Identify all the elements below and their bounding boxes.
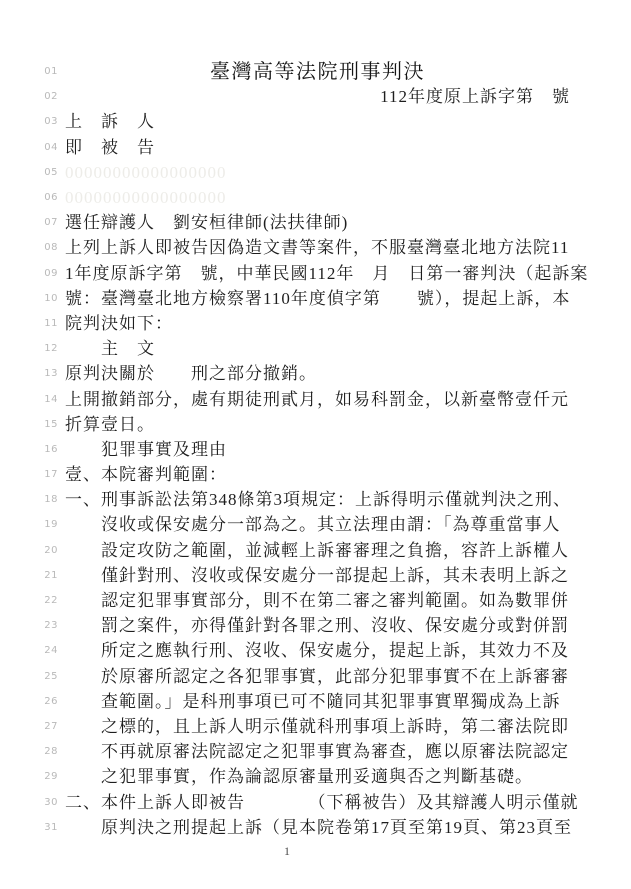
doc-line-08: 08上列上訴人即被告因偽造文書等案件，不服臺灣臺北地方法院11 (0, 235, 631, 260)
line-number: 22 (0, 595, 58, 606)
doc-line-20: 20 設定攻防之範圍，並減輕上訴審審理之負擔，容許上訴權人 (0, 538, 631, 563)
judgment-text-block: 01臺灣高等法院刑事判決02112年度原上訴字第 號03上 訴 人04即 被 告… (0, 59, 631, 840)
line-number: 25 (0, 671, 58, 682)
line-text: 二、本件上訴人即被告 （下稱被告）及其辯護人明示僅就 (65, 794, 579, 811)
line-text: 原判決之刑提起上訴（見本院卷第17頁至第19頁、第23頁至 (65, 819, 572, 836)
line-text: 上列上訴人即被告因偽造文書等案件，不服臺灣臺北地方法院11 (65, 239, 570, 256)
doc-line-30: 30二、本件上訴人即被告 （下稱被告）及其辯護人明示僅就 (0, 789, 631, 814)
line-number: 31 (0, 822, 58, 833)
line-text: 於原審所認定之各犯罪事實，此部分犯罪事實不在上訴審審 (65, 668, 570, 685)
line-text: 選任辯護人 劉安桓律師(法扶律師) (65, 214, 570, 231)
doc-line-24: 24 所定之應執行刑、沒收、保安處分，提起上訴，其效力不及 (0, 638, 631, 663)
line-number: 14 (0, 394, 58, 405)
doc-line-21: 21 僅針對刑、沒收或保安處分一部提起上訴，其未表明上訴之 (0, 563, 631, 588)
line-number: 16 (0, 444, 58, 455)
line-number: 26 (0, 696, 58, 707)
line-number: 08 (0, 242, 58, 253)
line-number: 28 (0, 746, 58, 757)
line-number: 05 (0, 167, 58, 178)
doc-line-28: 28 不再就原審法院認定之犯罪事實為審查，應以原審法院認定 (0, 739, 631, 764)
line-text: 犯罪事實及理由 (65, 441, 570, 458)
doc-line-15: 15折算壹日。 (0, 412, 631, 437)
doc-line-04: 04即 被 告 (0, 135, 631, 160)
line-number: 29 (0, 771, 58, 782)
line-number: 20 (0, 545, 58, 556)
doc-line-10: 10號：臺灣臺北地方檢察署110年度偵字第 號），提起上訴，本 (0, 286, 631, 311)
line-number: 15 (0, 419, 58, 430)
line-number: 17 (0, 469, 58, 480)
line-number: 09 (0, 268, 58, 279)
doc-line-14: 14上開撤銷部分，處有期徒刑貳月，如易科罰金，以新臺幣壹仟元 (0, 386, 631, 411)
line-text: 00000000000000000 (65, 189, 570, 206)
line-text: 號：臺灣臺北地方檢察署110年度偵字第 號），提起上訴，本 (65, 290, 570, 307)
doc-line-03: 03上 訴 人 (0, 109, 631, 134)
line-text: 不再就原審法院認定之犯罪事實為審查，應以原審法院認定 (65, 743, 570, 760)
line-text: 認定犯罪事實部分，則不在第二審之審判範圍。如為數罪併 (65, 592, 570, 609)
line-number: 30 (0, 797, 58, 808)
doc-line-16: 16 犯罪事實及理由 (0, 437, 631, 462)
line-text: 查範圍。」是科刑事項已可不隨同其犯罪事實單獨成為上訴 (65, 693, 570, 710)
line-number: 06 (0, 192, 58, 203)
doc-line-02: 02112年度原上訴字第 號 (0, 84, 631, 109)
page-number: 1 (284, 844, 290, 858)
line-number: 11 (0, 318, 58, 329)
line-number: 21 (0, 570, 58, 581)
doc-line-22: 22 認定犯罪事實部分，則不在第二審之審判範圍。如為數罪併 (0, 588, 631, 613)
line-number: 01 (0, 66, 58, 77)
doc-line-19: 19 沒收或保安處分一部為之。其立法理由謂：「為尊重當事人 (0, 512, 631, 537)
page-number-footer: 1 (0, 844, 574, 859)
doc-line-05: 0500000000000000000 (0, 160, 631, 185)
line-number: 10 (0, 293, 58, 304)
line-number: 23 (0, 620, 58, 631)
doc-line-25: 25 於原審所認定之各犯罪事實，此部分犯罪事實不在上訴審審 (0, 664, 631, 689)
line-text: 僅針對刑、沒收或保安處分一部提起上訴，其未表明上訴之 (65, 567, 570, 584)
doc-line-31: 31 原判決之刑提起上訴（見本院卷第17頁至第19頁、第23頁至 (0, 815, 631, 840)
doc-line-01: 01臺灣高等法院刑事判決 (0, 59, 631, 84)
line-text: 罰之案件，亦得僅針對各罪之刑、沒收、保安處分或對併罰 (65, 617, 570, 634)
line-number: 24 (0, 645, 58, 656)
line-number: 27 (0, 721, 58, 732)
doc-line-09: 091年度原訴字第 號，中華民國112年 月 日第一審判決（起訴案 (0, 261, 631, 286)
doc-line-17: 17壹、本院審判範圍： (0, 462, 631, 487)
doc-line-06: 0600000000000000000 (0, 185, 631, 210)
line-number: 02 (0, 91, 58, 102)
line-text: 原判決關於 刑之部分撤銷。 (65, 365, 570, 382)
line-text: 一、刑事訴訟法第348條第3項規定：上訴得明示僅就判決之刑、 (65, 491, 571, 508)
line-number: 19 (0, 519, 58, 530)
judgment-page: 01臺灣高等法院刑事判決02112年度原上訴字第 號03上 訴 人04即 被 告… (0, 0, 631, 889)
line-text: 之標的，且上訴人明示僅就科刑事項上訴時，第二審法院即 (65, 718, 570, 735)
line-text: 上開撤銷部分，處有期徒刑貳月，如易科罰金，以新臺幣壹仟元 (65, 391, 570, 408)
doc-line-27: 27 之標的，且上訴人明示僅就科刑事項上訴時，第二審法院即 (0, 714, 631, 739)
line-text: 折算壹日。 (65, 416, 570, 433)
line-text: 所定之應執行刑、沒收、保安處分，提起上訴，其效力不及 (65, 642, 570, 659)
line-text: 壹、本院審判範圍： (65, 466, 570, 483)
line-text: 即 被 告 (65, 139, 570, 156)
line-number: 13 (0, 368, 58, 379)
doc-line-12: 12 主 文 (0, 336, 631, 361)
line-number: 03 (0, 116, 58, 127)
doc-line-18: 18一、刑事訴訟法第348條第3項規定：上訴得明示僅就判決之刑、 (0, 487, 631, 512)
line-text: 上 訴 人 (65, 113, 570, 130)
doc-line-23: 23 罰之案件，亦得僅針對各罪之刑、沒收、保安處分或對併罰 (0, 613, 631, 638)
doc-line-11: 11院判決如下： (0, 311, 631, 336)
line-text: 112年度原上訴字第 號 (65, 88, 570, 105)
line-number: 04 (0, 142, 58, 153)
line-text: 之犯罪事實，作為論認原審量刑妥適與否之判斷基礎。 (65, 768, 570, 785)
line-number: 07 (0, 217, 58, 228)
line-text: 主 文 (65, 340, 570, 357)
line-text: 院判決如下： (65, 315, 570, 332)
line-text: 臺灣高等法院刑事判決 (65, 62, 570, 82)
doc-line-07: 07選任辯護人 劉安桓律師(法扶律師) (0, 210, 631, 235)
doc-line-29: 29 之犯罪事實，作為論認原審量刑妥適與否之判斷基礎。 (0, 764, 631, 789)
line-number: 12 (0, 343, 58, 354)
line-text: 00000000000000000 (65, 164, 570, 181)
line-number: 18 (0, 494, 58, 505)
line-text: 設定攻防之範圍，並減輕上訴審審理之負擔，容許上訴權人 (65, 542, 570, 559)
doc-line-26: 26 查範圍。」是科刑事項已可不隨同其犯罪事實單獨成為上訴 (0, 689, 631, 714)
doc-line-13: 13原判決關於 刑之部分撤銷。 (0, 361, 631, 386)
line-text: 1年度原訴字第 號，中華民國112年 月 日第一審判決（起訴案 (65, 265, 588, 282)
line-text: 沒收或保安處分一部為之。其立法理由謂：「為尊重當事人 (65, 516, 570, 533)
